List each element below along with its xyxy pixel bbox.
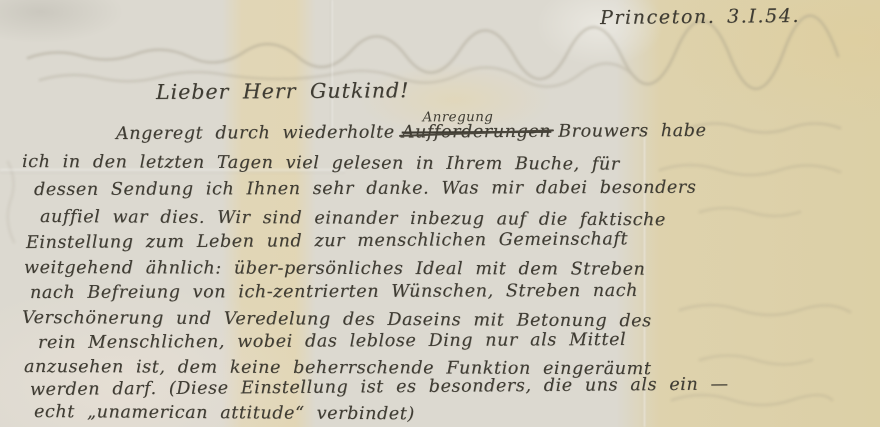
salutation: Lieber Herr Gutkind!	[156, 78, 410, 104]
letter-line-8: Verschönerung und Veredelung des Daseins…	[22, 308, 652, 331]
letter-photo: Princeton. 3.I.54. Lieber Herr Gutkind! …	[0, 0, 880, 427]
line1-text-before-correction: Angeregt durch wiederholte	[116, 123, 395, 144]
line1-text-after-correction: Brouwers habe	[558, 121, 706, 142]
letter-line-12: echt „unamerican attitude“ verbindet)	[34, 402, 415, 424]
letter-line-9: rein Menschlichen, wobei das leblose Din…	[38, 330, 626, 353]
letter-line-2: ich in den letzten Tagen viel gelesen in…	[22, 152, 620, 175]
dateline: Princeton. 3.I.54.	[600, 5, 800, 29]
inserted-correction-word: Anregung	[423, 109, 494, 125]
letter-line-5: Einstellung zum Leben und zur menschlich…	[26, 229, 628, 253]
letter-line-7: nach Befreiung von ich-zentrierten Wünsc…	[30, 281, 638, 303]
letter-line-6: weitgehend ähnlich: über-persönliches Id…	[24, 258, 645, 280]
letter-line-1: Angeregt durch wiederholteAufforderungen…	[116, 121, 707, 144]
letter-line-3: dessen Sendung ich Ihnen sehr danke. Was…	[34, 178, 696, 200]
struck-out-word: AufforderungenAnregung	[402, 122, 552, 143]
letter-line-4: auffiel war dies. Wir sind einander inbe…	[40, 207, 666, 230]
